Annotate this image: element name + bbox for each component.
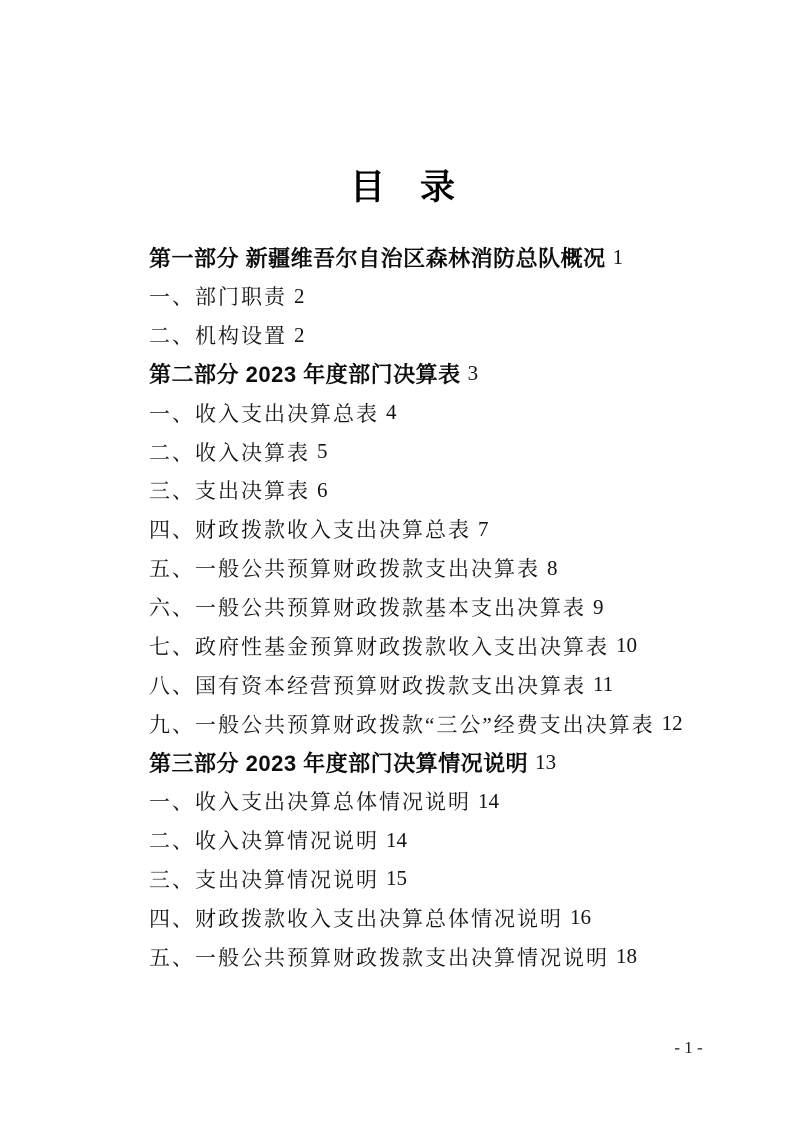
toc-entry-label: 五、一般公共预算财政拨款支出决算表 — [149, 553, 540, 583]
toc-entry-label: 四、财政拨款收入支出决算总体情况说明 — [149, 903, 563, 933]
toc-entry-page-number: 16 — [570, 905, 591, 930]
toc-entry-page-number: 18 — [616, 944, 637, 969]
toc-entry: 二、机构设置 2 — [149, 316, 749, 355]
toc-entry-label: 五、一般公共预算财政拨款支出决算情况说明 — [149, 942, 609, 972]
toc-entry-label: 第二部分 2023 年度部门决算表 — [149, 358, 461, 389]
toc-entry-page-number: 3 — [468, 361, 479, 386]
toc-entry: 五、一般公共预算财政拨款支出决算表 8 — [149, 549, 749, 588]
toc-entry-label: 九、一般公共预算财政拨款“三公”经费支出决算表 — [149, 709, 655, 739]
toc-entry: 一、部门职责 2 — [149, 277, 749, 316]
toc-entry-label: 三、支出决算表 — [149, 475, 310, 505]
toc-entry-label: 一、收入支出决算总体情况说明 — [149, 786, 471, 816]
toc-entry-page-number: 2 — [294, 323, 305, 348]
page-footer: - 1 - — [646, 1018, 714, 1078]
document-page: 目 录 第一部分 新疆维吾尔自治区森林消防总队概况 1 一、部门职责 2 二、机… — [0, 0, 793, 1122]
toc-entry: 七、政府性基金预算财政拨款收入支出决算表 10 — [149, 626, 749, 665]
toc-entry-page-number: 11 — [593, 672, 613, 697]
toc-entry-part-1: 第一部分 新疆维吾尔自治区森林消防总队概况 1 — [149, 238, 749, 277]
toc-entry-label: 七、政府性基金预算财政拨款收入支出决算表 — [149, 631, 609, 661]
toc-entry-page-number: 6 — [317, 478, 328, 503]
toc-entry-part-3: 第三部分 2023 年度部门决算情况说明 13 — [149, 743, 749, 782]
toc-entry: 四、财政拨款收入支出决算总体情况说明 16 — [149, 898, 749, 937]
toc-entry-page-number: 14 — [386, 828, 407, 853]
page-number: - 1 - — [674, 1038, 702, 1057]
toc-entry: 三、支出决算表 6 — [149, 471, 749, 510]
toc-entry-label: 四、财政拨款收入支出决算总表 — [149, 514, 471, 544]
page-title: 目 录 — [0, 160, 793, 210]
toc-entry-page-number: 14 — [478, 789, 499, 814]
toc-entry-page-number: 1 — [613, 245, 624, 270]
toc-entry-page-number: 13 — [535, 750, 556, 775]
toc-entry-page-number: 2 — [294, 284, 305, 309]
toc-entry-label: 第三部分 2023 年度部门决算情况说明 — [149, 747, 528, 778]
toc-entry: 一、收入支出决算总体情况说明 14 — [149, 782, 749, 821]
toc-entry: 二、收入决算情况说明 14 — [149, 821, 749, 860]
toc-entry: 四、财政拨款收入支出决算总表 7 — [149, 510, 749, 549]
toc-entry-part-2: 第二部分 2023 年度部门决算表 3 — [149, 355, 749, 394]
toc-entry-page-number: 12 — [662, 711, 683, 736]
toc-entry-label: 一、收入支出决算总表 — [149, 398, 379, 428]
toc-entry: 三、支出决算情况说明 15 — [149, 860, 749, 899]
toc-entry: 八、国有资本经营预算财政拨款支出决算表 11 — [149, 665, 749, 704]
toc-entry-label: 二、收入决算表 — [149, 437, 310, 467]
toc-entry: 一、收入支出决算总表 4 — [149, 393, 749, 432]
toc-entry-page-number: 8 — [547, 556, 558, 581]
toc-entry-page-number: 15 — [386, 866, 407, 891]
toc-entry-page-number: 9 — [593, 595, 604, 620]
toc-entry-page-number: 5 — [317, 439, 328, 464]
toc-entry-page-number: 7 — [478, 517, 489, 542]
toc-entry-label: 六、一般公共预算财政拨款基本支出决算表 — [149, 592, 586, 622]
toc-entry-label: 第一部分 新疆维吾尔自治区森林消防总队概况 — [149, 242, 606, 273]
toc-entry: 六、一般公共预算财政拨款基本支出决算表 9 — [149, 588, 749, 627]
toc-entry-page-number: 4 — [386, 400, 397, 425]
table-of-contents: 第一部分 新疆维吾尔自治区森林消防总队概况 1 一、部门职责 2 二、机构设置 … — [149, 238, 749, 976]
toc-entry-label: 三、支出决算情况说明 — [149, 864, 379, 894]
toc-entry-label: 一、部门职责 — [149, 281, 287, 311]
toc-entry-label: 八、国有资本经营预算财政拨款支出决算表 — [149, 670, 586, 700]
toc-entry-label: 二、收入决算情况说明 — [149, 825, 379, 855]
toc-entry-page-number: 10 — [616, 633, 637, 658]
toc-entry-label: 二、机构设置 — [149, 320, 287, 350]
toc-entry: 二、收入决算表 5 — [149, 432, 749, 471]
toc-entry: 九、一般公共预算财政拨款“三公”经费支出决算表 12 — [149, 704, 749, 743]
toc-entry: 五、一般公共预算财政拨款支出决算情况说明 18 — [149, 937, 749, 976]
